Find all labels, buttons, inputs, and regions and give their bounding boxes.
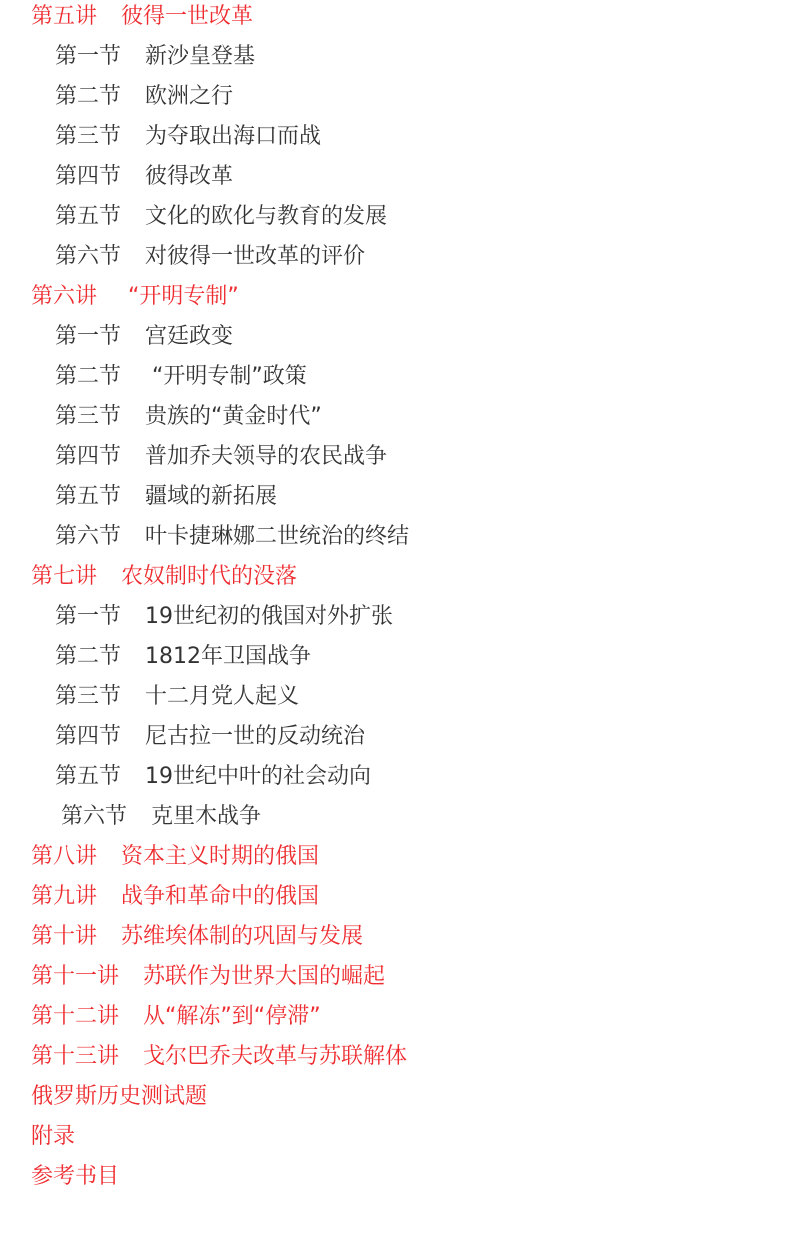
chapter-number: 第十三讲 [31, 1037, 119, 1077]
toc-chapter[interactable]: 第五讲彼得一世改革 [31, 0, 253, 37]
toc-section[interactable]: 第三节为夺取出海口而战 [55, 117, 321, 157]
section-title: 尼古拉一世的反动统治 [145, 717, 365, 757]
section-title: 彼得改革 [145, 157, 233, 197]
section-title: 十二月党人起义 [145, 677, 299, 717]
chapter-number: 第六讲 [31, 277, 97, 317]
toc-section[interactable]: 第四节普加乔夫领导的农民战争 [55, 437, 387, 477]
chapter-title: 戈尔巴乔夫改革与苏联解体 [143, 1037, 407, 1077]
chapter-number: 第五讲 [31, 0, 97, 37]
toc-section[interactable]: 第二节1812年卫国战争 [55, 637, 311, 677]
toc-chapter[interactable]: 第九讲战争和革命中的俄国 [31, 877, 319, 917]
chapter-title: 苏联作为世界大国的崛起 [143, 957, 385, 997]
toc-section[interactable]: 第六节克里木战争 [61, 797, 261, 837]
toc-section[interactable]: 第三节十二月党人起义 [55, 677, 299, 717]
section-title: 为夺取出海口而战 [145, 117, 321, 157]
toc-section[interactable]: 第三节贵族的“黄金时代” [55, 397, 322, 437]
section-number: 第三节 [55, 117, 121, 157]
section-number: 第一节 [55, 317, 121, 357]
section-number: 第四节 [55, 717, 121, 757]
section-title: 疆域的新拓展 [145, 477, 277, 517]
chapter-number: 第七讲 [31, 557, 97, 597]
section-number: 第六节 [61, 797, 127, 837]
section-number: 第五节 [55, 757, 121, 797]
toc-section[interactable]: 第六节对彼得一世改革的评价 [55, 237, 365, 277]
toc-chapter[interactable]: 第十讲苏维埃体制的巩固与发展 [31, 917, 363, 957]
toc-section[interactable]: 第四节尼古拉一世的反动统治 [55, 717, 365, 757]
section-number: 第五节 [55, 477, 121, 517]
section-title: 普加乔夫领导的农民战争 [145, 437, 387, 477]
chapter-title: 苏维埃体制的巩固与发展 [121, 917, 363, 957]
toc-chapter[interactable]: 第十二讲从“解冻”到“停滞” [31, 997, 321, 1037]
chapter-title: 俄罗斯历史测试题 [31, 1077, 207, 1117]
section-number: 第二节 [55, 637, 121, 677]
toc-section[interactable]: 第六节叶卡捷琳娜二世统治的终结 [55, 517, 409, 557]
section-title: 文化的欧化与教育的发展 [145, 197, 387, 237]
toc-section[interactable]: 第五节19世纪中叶的社会动向 [55, 757, 371, 797]
toc-chapter[interactable]: 第十三讲戈尔巴乔夫改革与苏联解体 [31, 1037, 407, 1077]
chapter-title: 从“解冻”到“停滞” [143, 997, 321, 1037]
section-number: 第二节 [55, 357, 121, 397]
toc-chapter[interactable]: 第八讲资本主义时期的俄国 [31, 837, 319, 877]
toc-chapter[interactable]: 第十一讲苏联作为世界大国的崛起 [31, 957, 385, 997]
toc-section[interactable]: 第五节文化的欧化与教育的发展 [55, 197, 387, 237]
toc-appendix-item[interactable]: 附录 [31, 1117, 75, 1157]
section-title: 克里木战争 [151, 797, 261, 837]
section-title: 19世纪中叶的社会动向 [145, 757, 371, 797]
section-title: 叶卡捷琳娜二世统治的终结 [145, 517, 409, 557]
chapter-number: 第十一讲 [31, 957, 119, 997]
section-title: 19世纪初的俄国对外扩张 [145, 597, 393, 637]
toc-section[interactable]: 第一节19世纪初的俄国对外扩张 [55, 597, 393, 637]
chapter-number: 第十讲 [31, 917, 97, 957]
toc-section[interactable]: 第二节欧洲之行 [55, 77, 233, 117]
section-title: “开明专制”政策 [145, 357, 307, 397]
section-title: 对彼得一世改革的评价 [145, 237, 365, 277]
section-number: 第二节 [55, 77, 121, 117]
chapter-title: 彼得一世改革 [121, 0, 253, 37]
toc-section[interactable]: 第五节疆域的新拓展 [55, 477, 277, 517]
chapter-title: 资本主义时期的俄国 [121, 837, 319, 877]
chapter-title: 参考书目 [31, 1157, 119, 1197]
section-number: 第四节 [55, 157, 121, 197]
section-title: 宫廷政变 [145, 317, 233, 357]
section-title: 欧洲之行 [145, 77, 233, 117]
toc-appendix-item[interactable]: 参考书目 [31, 1157, 119, 1197]
toc-section[interactable]: 第二节 “开明专制”政策 [55, 357, 307, 397]
chapter-title: “开明专制” [121, 277, 239, 317]
chapter-title: 农奴制时代的没落 [121, 557, 297, 597]
section-number: 第一节 [55, 597, 121, 637]
toc-chapter[interactable]: 第六讲 “开明专制” [31, 277, 239, 317]
chapter-title: 附录 [31, 1117, 75, 1157]
chapter-title: 战争和革命中的俄国 [121, 877, 319, 917]
toc-section[interactable]: 第一节宫廷政变 [55, 317, 233, 357]
section-number: 第三节 [55, 397, 121, 437]
toc-section[interactable]: 第四节彼得改革 [55, 157, 233, 197]
section-number: 第三节 [55, 677, 121, 717]
section-number: 第六节 [55, 517, 121, 557]
toc-section[interactable]: 第一节新沙皇登基 [55, 37, 255, 77]
chapter-number: 第八讲 [31, 837, 97, 877]
section-number: 第四节 [55, 437, 121, 477]
toc-appendix-item[interactable]: 俄罗斯历史测试题 [31, 1077, 207, 1117]
chapter-number: 第十二讲 [31, 997, 119, 1037]
section-number: 第六节 [55, 237, 121, 277]
section-title: 贵族的“黄金时代” [145, 397, 322, 437]
toc-chapter[interactable]: 第七讲农奴制时代的没落 [31, 557, 297, 597]
section-title: 新沙皇登基 [145, 37, 255, 77]
section-number: 第一节 [55, 37, 121, 77]
section-title: 1812年卫国战争 [145, 637, 311, 677]
section-number: 第五节 [55, 197, 121, 237]
chapter-number: 第九讲 [31, 877, 97, 917]
